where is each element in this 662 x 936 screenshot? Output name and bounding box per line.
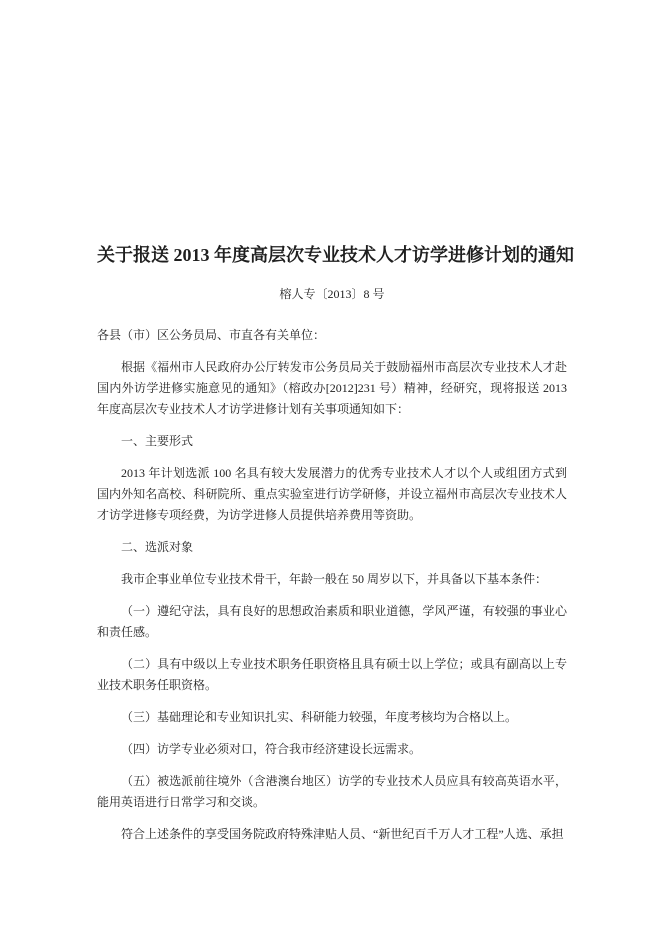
paragraph-priority-note: 符合上述条件的享受国务院政府特殊津贴人员、“新世纪百千万人才工程”人选、承担 [97,824,567,845]
document-number: 榕人专〔2013〕8 号 [97,286,567,302]
document-body: 各县（市）区公务员局、市直各有关单位： 根据《福州市人民政府办公厅转发市公务员局… [97,325,567,845]
condition-item-4: （四）访学专业必须对口，符合我市经济建设长远需求。 [97,739,567,760]
section-heading-2: 二、选派对象 [97,537,567,558]
paragraph-basis: 根据《福州市人民政府办公厅转发市公务员局关于鼓励福州市高层次专业技术人才赴国内外… [97,357,567,420]
condition-item-5: （五）被选派前往境外（含港澳台地区）访学的专业技术人员应具有较高英语水平，能用英… [97,771,567,813]
section-heading-1: 一、主要形式 [97,431,567,452]
paragraph-target-group: 我市企事业单位专业技术骨干，年龄一般在 50 周岁以下，并具备以下基本条件： [97,569,567,590]
document-title: 关于报送 2013 年度高层次专业技术人才访学进修计划的通知 [97,243,567,267]
condition-item-1: （一）遵纪守法，具有良好的思想政治素质和职业道德，学风严谨，有较强的事业心和责任… [97,601,567,643]
document-content: 关于报送 2013 年度高层次专业技术人才访学进修计划的通知 榕人专〔2013〕… [97,0,567,856]
salutation-line: 各县（市）区公务员局、市直各有关单位： [97,325,567,346]
paragraph-main-form: 2013 年计划选派 100 名具有较大发展潜力的优秀专业技术人才以个人或组团方… [97,463,567,526]
condition-item-3: （三）基础理论和专业知识扎实、科研能力较强，年度考核均为合格以上。 [97,707,567,728]
document-page: 关于报送 2013 年度高层次专业技术人才访学进修计划的通知 榕人专〔2013〕… [0,0,662,936]
condition-item-2: （二）具有中级以上专业技术职务任职资格且具有硕士以上学位；或具有副高以上专业技术… [97,654,567,696]
